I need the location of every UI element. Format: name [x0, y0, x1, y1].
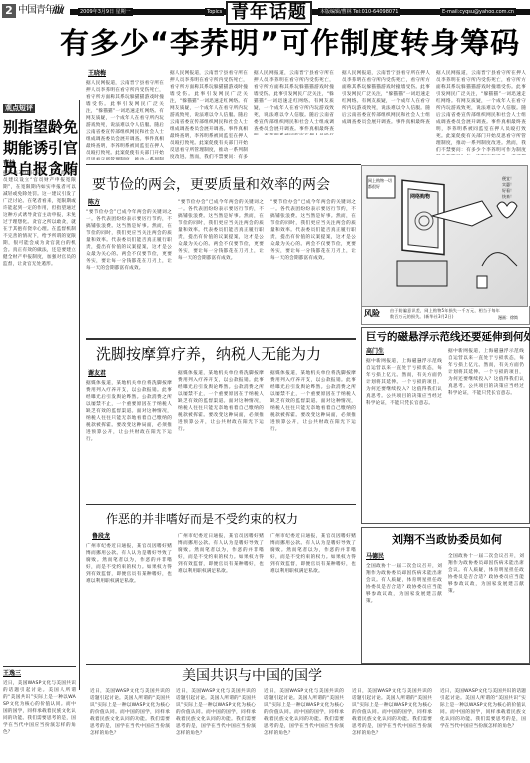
cartoon-title: 风险 [364, 308, 380, 320]
contact-email: E-mail:cyqsu@yahoo.com.cn [440, 8, 516, 16]
lead-bottom-rule [86, 164, 361, 165]
cartoon-illustration: 网络购物 网上购物一切都很好 便宜！ 实惠！ 好看！ 快来！ [361, 165, 528, 307]
masthead-slashes: ///// [52, 4, 63, 18]
article-body-zuoe-col1: 广州市纪委近日通报，某官员因嗜好赌博而挪用公款。有人认为是嗜好导致了腐败。然而笔… [86, 543, 172, 658]
cartoon-caption: 由于防骗意识差，网上购物5年损失一千万元，相当于每年数百万元的损失。(新华社3月… [390, 308, 500, 322]
article-body-xijiao-col1: 据媒体报道，某地机关单位将洗脚按摩费用列入疗养开支，以公款报销。此事经曝光后引发… [86, 380, 172, 500]
guoxue-body-col5: 近日，美国WASP文化与美国共识的话题引起讨论。美国人所谓的“美国共识”实际上是… [440, 688, 526, 763]
lead-body-col3: 据人民网报道，云南晋宁县看守所在押人员李荞明在看守所内受伤死亡，看守所方面称其系… [254, 70, 334, 135]
topics-label: Topics [205, 8, 224, 16]
sidebar-byline: 曹林 [3, 160, 15, 168]
cartoon-bubble-text: 网上购物一切都很好 [368, 178, 394, 190]
sidebar-byline-2: 王逸三 [3, 670, 21, 678]
article-headline-guoxue: 美国共识与中国的国学 [182, 667, 322, 685]
sidebar-tag: 观点短评 [3, 104, 35, 113]
section-rule [86, 338, 356, 340]
lead-body-col2: 据人民网报道，云南晋宁县看守所在押人员李荞明在看守所内受伤死亡，看守所方面称其系… [170, 70, 248, 160]
article-body-xijiao-col2: 据媒体报道，某地机关单位将洗脚按摩费用列入疗养开支，以公款报销。此事经曝光后引发… [178, 370, 264, 500]
article-body-zuoe-col2: 广州市纪委近日通报，某官员因嗜好赌博而挪用公款。有人认为是嗜好导致了腐败。然而笔… [178, 533, 264, 658]
article-headline-zuoe: 作恶的并非嗜好而是不受约束的权力 [106, 511, 298, 527]
article-byline-zuoe: 鲁段龙 [92, 533, 110, 541]
page-number: 2 [2, 4, 16, 18]
article-body-liuxiang-col2: 全国政协十一届二次会议召开，刘翔作为政协委员却因伤病未能出席会议。有人质疑，体育… [448, 553, 524, 658]
article-headline-lianghui: 要节俭的两会，更要质量和效率的两会 [92, 176, 330, 194]
article-body-liuxiang-col1: 全国政协十一届二次会议召开，刘翔作为政协委员却因伤病未能出席会议。有人质疑，体育… [366, 563, 442, 658]
cartoon-exclaim-4: 快来！ [502, 194, 514, 200]
lead-headline: 有多少“李荞明”可作制度转身筹码 [60, 26, 530, 60]
editor-line: 本版编辑/曹林 Tel:010-64098071 [318, 8, 400, 16]
guoxue-body-col1: 近日，美国WASP文化与美国共识的话题引起讨论。美国人所谓的“美国共识”实际上是… [90, 688, 170, 763]
guoxue-body-col4: 近日，美国WASP文化与美国共识的话题引起讨论。美国人所谓的“美国共识”实际上是… [352, 688, 432, 763]
article-headline-cixuanfu: 巨亏的磁悬浮示范线还要延伸到何处 [366, 330, 530, 344]
article-body-zuoe-col3: 广州市纪委近日通报，某官员因嗜好赌博而挪用公款。有人认为是嗜好导致了腐败。然而笔… [270, 533, 356, 658]
section-rule-2 [86, 504, 356, 505]
issue-date: 2009年3月9日 星期一 [78, 8, 133, 16]
guoxue-body-col0: 近日，美国WASP文化与美国共识的话题引起讨论。美国人所谓的“美国共识”实际上是… [3, 680, 76, 763]
sidebar-body: 据媒体3月8日报道，全国政协委员建议设立“官员财产申报宽限期”，在宽限期内如实申… [3, 170, 76, 695]
article-body-cixuanfu-col1: 据中新网报道，上海磁悬浮示范线自运营以来一直处于亏损状态，每年亏损上亿元。然而，… [366, 358, 442, 518]
article-byline-cixuanfu: 高门生 [366, 348, 384, 356]
guoxue-body-col3: 近日，美国WASP文化与美国共识的话题引起讨论。美国人所谓的“美国共识”实际上是… [264, 688, 344, 763]
article-body-cixuanfu-col2: 据中新网报道，上海磁悬浮示范线自运营以来一直处于亏损状态，每年亏损上亿元。然而，… [448, 348, 524, 518]
article-headline-xijiao: 洗脚按摩算疗养，纳税人无能为力 [96, 345, 321, 364]
lead-body-col5: 据人民网报道，云南晋宁县看守所在押人员李荞明在看守所内受伤死亡，看守所方面称其系… [436, 70, 526, 155]
article-body-lianghui-col2: “要节俭办会”已成今年两会的关键词之一。各代表团纷纷表示要厉行节约，不搞铺张浪费… [178, 199, 264, 319]
guoxue-body-col2: 近日，美国WASP文化与美国共识的话题引起讨论。美国人所谓的“美国共识”实际上是… [176, 688, 256, 763]
article-body-xijiao-col3: 据媒体报道，某地机关单位将洗脚按摩费用列入疗养开支，以公款报销。此事经曝光后引发… [270, 370, 356, 500]
sidebar-divider [3, 666, 76, 667]
article-byline-xijiao: 谢友君 [88, 370, 106, 378]
cartoon-sign-text: 网络购物 [410, 194, 434, 201]
column-divider [79, 100, 80, 690]
lead-byline: 王晓梅 [88, 70, 106, 78]
section-rule-3 [86, 664, 530, 665]
article-body-lianghui-col1: “要节俭办会”已成今年两会的关键词之一。各代表团纷纷表示要厉行节约，不搞铺张浪费… [86, 209, 172, 319]
article-byline-lianghui: 陈方 [88, 199, 100, 207]
article-byline-liuxiang: 马德民 [366, 553, 384, 561]
lead-body-col4: 据人民网报道，云南晋宁县看守所在押人员李荞明在看守所内受伤死亡，看守所方面称其系… [342, 70, 430, 125]
article-headline-liuxiang: 刘翔不当政协委员如何 [392, 533, 502, 547]
article-body-lianghui-col3: “要节俭办会”已成今年两会的关键词之一。各代表团纷纷表示要厉行节约，不搞铺张浪费… [270, 199, 356, 319]
lead-body-col1: 据人民网报道，云南晋宁县看守所在押人员李荞明在看守所内受伤死亡，看守所方面称其系… [86, 80, 164, 160]
section-title: 青年话题 [226, 1, 312, 25]
cartoon-credit: 漫画：徐简 [498, 315, 518, 321]
